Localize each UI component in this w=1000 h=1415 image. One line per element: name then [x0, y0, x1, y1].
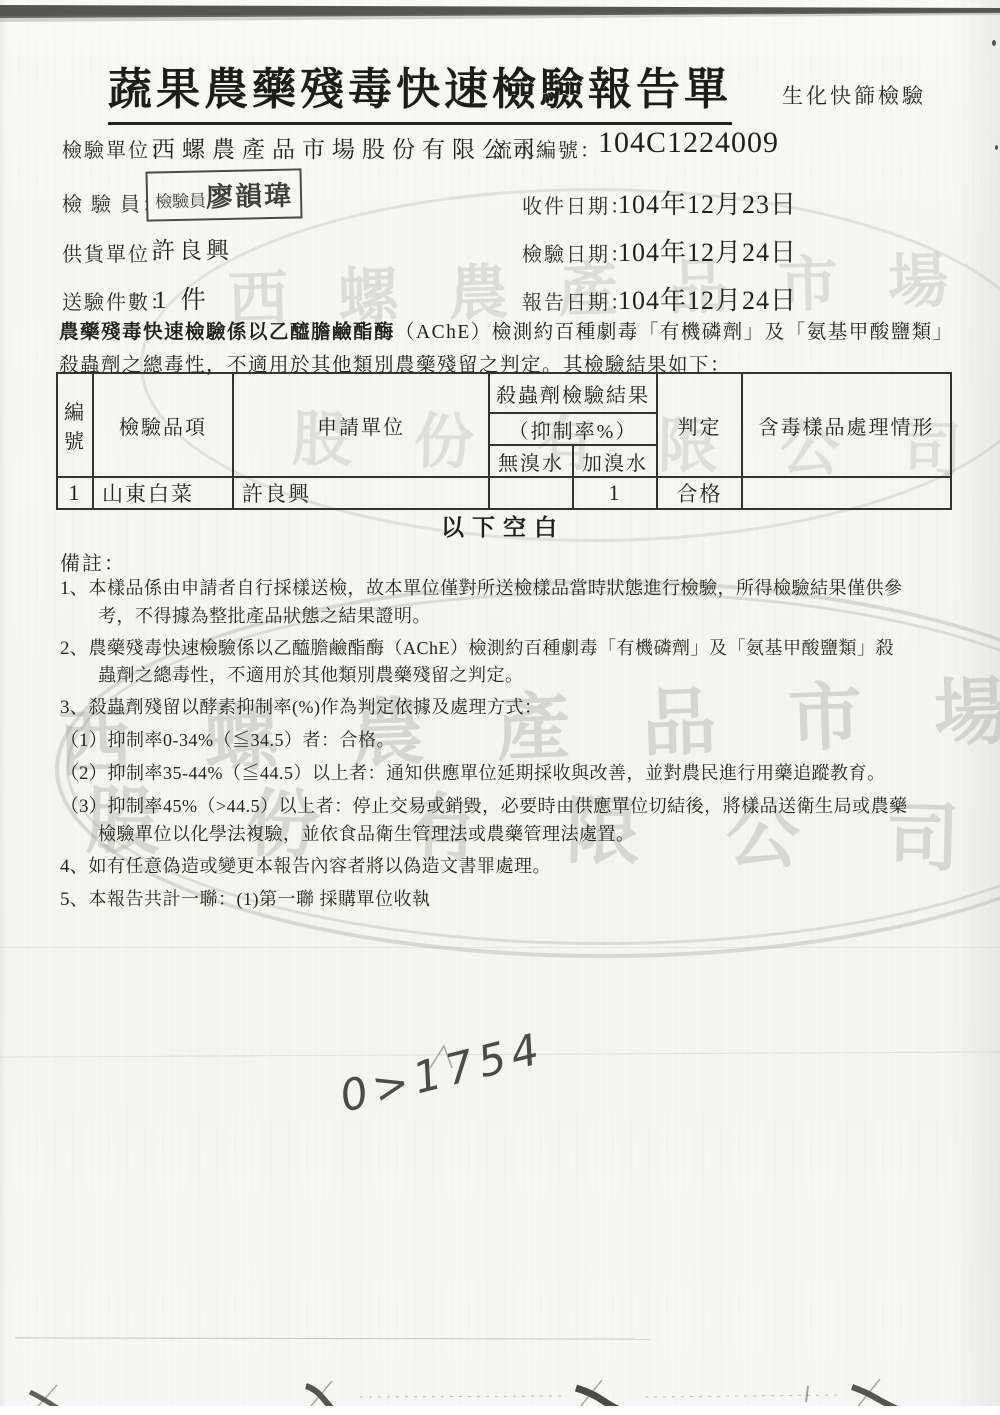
document-page: 西螺農產品市場 股份有限公司 西螺農產品市場 股份有限公司 蔬果農藥殘毒快速檢驗… — [0, 0, 1000, 1415]
scan-speck — [992, 40, 996, 46]
scan-edge-artifacts — [0, 0, 1000, 1415]
scan-bottom-strip — [0, 1406, 1000, 1415]
scan-speck — [995, 145, 998, 150]
